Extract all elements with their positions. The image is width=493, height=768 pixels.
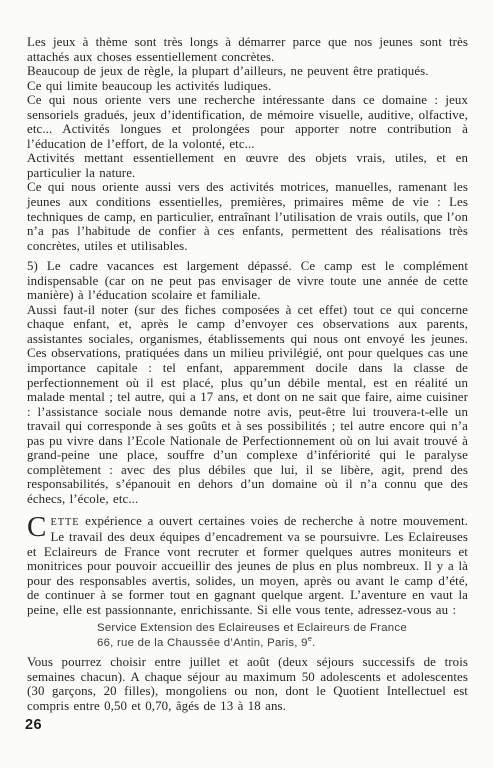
paragraph-jeux-regle: Beaucoup de jeux de règle, la plupart d’… [27, 64, 468, 79]
paragraph-recherche-domaine: Ce qui nous oriente vers une recherche i… [27, 93, 468, 151]
paragraph-objets-vrais: Activités mettant essentiellement en œuv… [27, 151, 468, 180]
paragraph-sejours: Vous pourrez choisir entre juillet et ao… [27, 655, 468, 713]
address-line-service: Service Extension des Eclaireuses et Ecl… [97, 621, 468, 636]
address-block: Service Extension des Eclaireuses et Ecl… [97, 621, 468, 651]
address-line-street: 66, rue de la Chaussée d’Antin, Paris, 9… [97, 636, 468, 651]
paragraph-activites-motrices: Ce qui nous oriente aussi vers des activ… [27, 180, 468, 253]
dropcap-paragraph-text: expérience a ouvert certaines voies de r… [27, 514, 468, 617]
address-street-text: 66, rue de la Chaussée d’Antin, Paris, 9 [97, 637, 308, 649]
paragraph-dropcap-cette: CETTE expérience a ouvert certaines voie… [27, 514, 468, 618]
address-street-period: . [312, 637, 315, 649]
document-page: Les jeux à thème sont très longs à démar… [0, 0, 493, 768]
page-body: Les jeux à thème sont très longs à démar… [27, 35, 468, 714]
paragraph-jeux-theme: Les jeux à thème sont très longs à démar… [27, 35, 468, 64]
paragraph-activites-ludiques: Ce qui limite beaucoup les activités lud… [27, 79, 468, 94]
page-number: 26 [25, 717, 42, 733]
paragraph-numbered-5: 5) Le cadre vacances est largement dépas… [27, 259, 468, 303]
drop-cap-smallcaps: ETTE [50, 517, 79, 528]
paragraph-observations: Aussi faut-il noter (sur des fiches comp… [27, 303, 468, 507]
drop-cap-initial: C [27, 514, 50, 540]
